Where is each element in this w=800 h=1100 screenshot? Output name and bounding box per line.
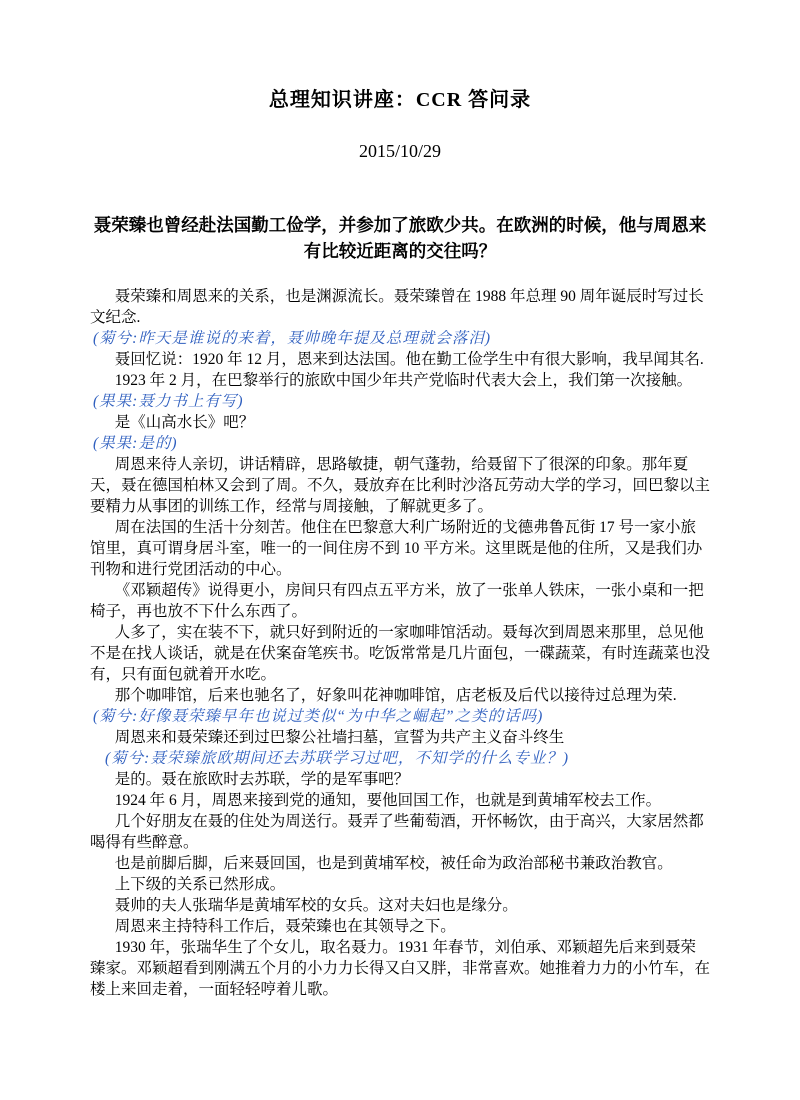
body-paragraph: 是《山高水长》吧？ [90,412,710,433]
body-paragraph: 是的。聂在旅欧时去苏联，学的是军事吧？ [90,769,710,790]
body-paragraph: 上下级的关系已然形成。 [90,874,710,895]
body-paragraph: 1923 年 2 月，在巴黎举行的旅欧中国少年共产党临时代表大会上，我们第一次接… [90,370,710,391]
body-paragraph: 周在法国的生活十分刻苦。他住在巴黎意大利广场附近的戈德弗鲁瓦街 17 号一家小旅… [90,517,710,580]
body-paragraph: 周恩来主持特科工作后，聂荣臻也在其领导之下。 [90,916,710,937]
question-heading: 聂荣臻也曾经赴法国勤工俭学，并参加了旅欧少共。在欧洲的时候，他与周恩来有比较近距… [90,212,710,264]
document-date: 2015/10/29 [90,140,710,162]
body-paragraph: 周恩来待人亲切，讲话精辟，思路敏捷，朝气蓬勃，给聂留下了很深的印象。那年夏天，聂… [90,454,710,517]
body-paragraph: 几个好朋友在聂的住处为周送行。聂弄了些葡萄酒，开怀畅饮，由于高兴，大家居然都喝得… [90,811,710,853]
body-paragraph: 那个咖啡馆，后来也驰名了，好象叫花神咖啡馆，店老板及后代以接待过总理为荣. [90,685,710,706]
body-paragraph: 聂帅的夫人张瑞华是黄埔军校的女兵。这对夫妇也是缘分。 [90,895,710,916]
annotation-line: (菊兮:聂荣臻旅欧期间还去苏联学习过吧，不知学的什么专业？) [90,748,710,769]
annotation-line: (菊兮:好像聂荣臻早年也说过类似“为中华之崛起”之类的话吗) [90,706,710,727]
document-title: 总理知识讲座：CCR 答问录 [90,88,710,112]
body-paragraph: 人多了，实在装不下，就只好到附近的一家咖啡馆活动。聂每次到周恩来那里，总见他不是… [90,622,710,685]
body-paragraph: 也是前脚后脚，后来聂回国，也是到黄埔军校，被任命为政治部秘书兼政治教官。 [90,853,710,874]
annotation-line: (果果:是的) [90,433,710,454]
body-paragraph: 1924 年 6 月，周恩来接到党的通知，要他回国工作，也就是到黄埔军校去工作。 [90,790,710,811]
body-paragraph: 聂回忆说：1920 年 12 月，恩来到达法国。他在勤工俭学生中有很大影响，我早… [90,349,710,370]
body-paragraph: 《邓颖超传》说得更小，房间只有四点五平方米，放了一张单人铁床，一张小桌和一把椅子… [90,580,710,622]
annotation-line: (菊兮:昨天是谁说的来着，聂帅晚年提及总理就会落泪) [90,328,710,349]
body-paragraph: 周恩来和聂荣臻还到过巴黎公社墙扫墓，宣誓为共产主义奋斗终生 [90,727,710,748]
document-body: 聂荣臻和周恩来的关系，也是渊源流长。聂荣臻曾在 1988 年总理 90 周年诞辰… [90,286,710,1000]
annotation-line: (果果:聂力书上有写) [90,391,710,412]
document-page: 总理知识讲座：CCR 答问录 2015/10/29 聂荣臻也曾经赴法国勤工俭学，… [0,0,800,1100]
body-paragraph: 1930 年，张瑞华生了个女儿，取名聂力。1931 年春节，刘伯承、邓颖超先后来… [90,937,710,1000]
body-paragraph: 聂荣臻和周恩来的关系，也是渊源流长。聂荣臻曾在 1988 年总理 90 周年诞辰… [90,286,710,328]
